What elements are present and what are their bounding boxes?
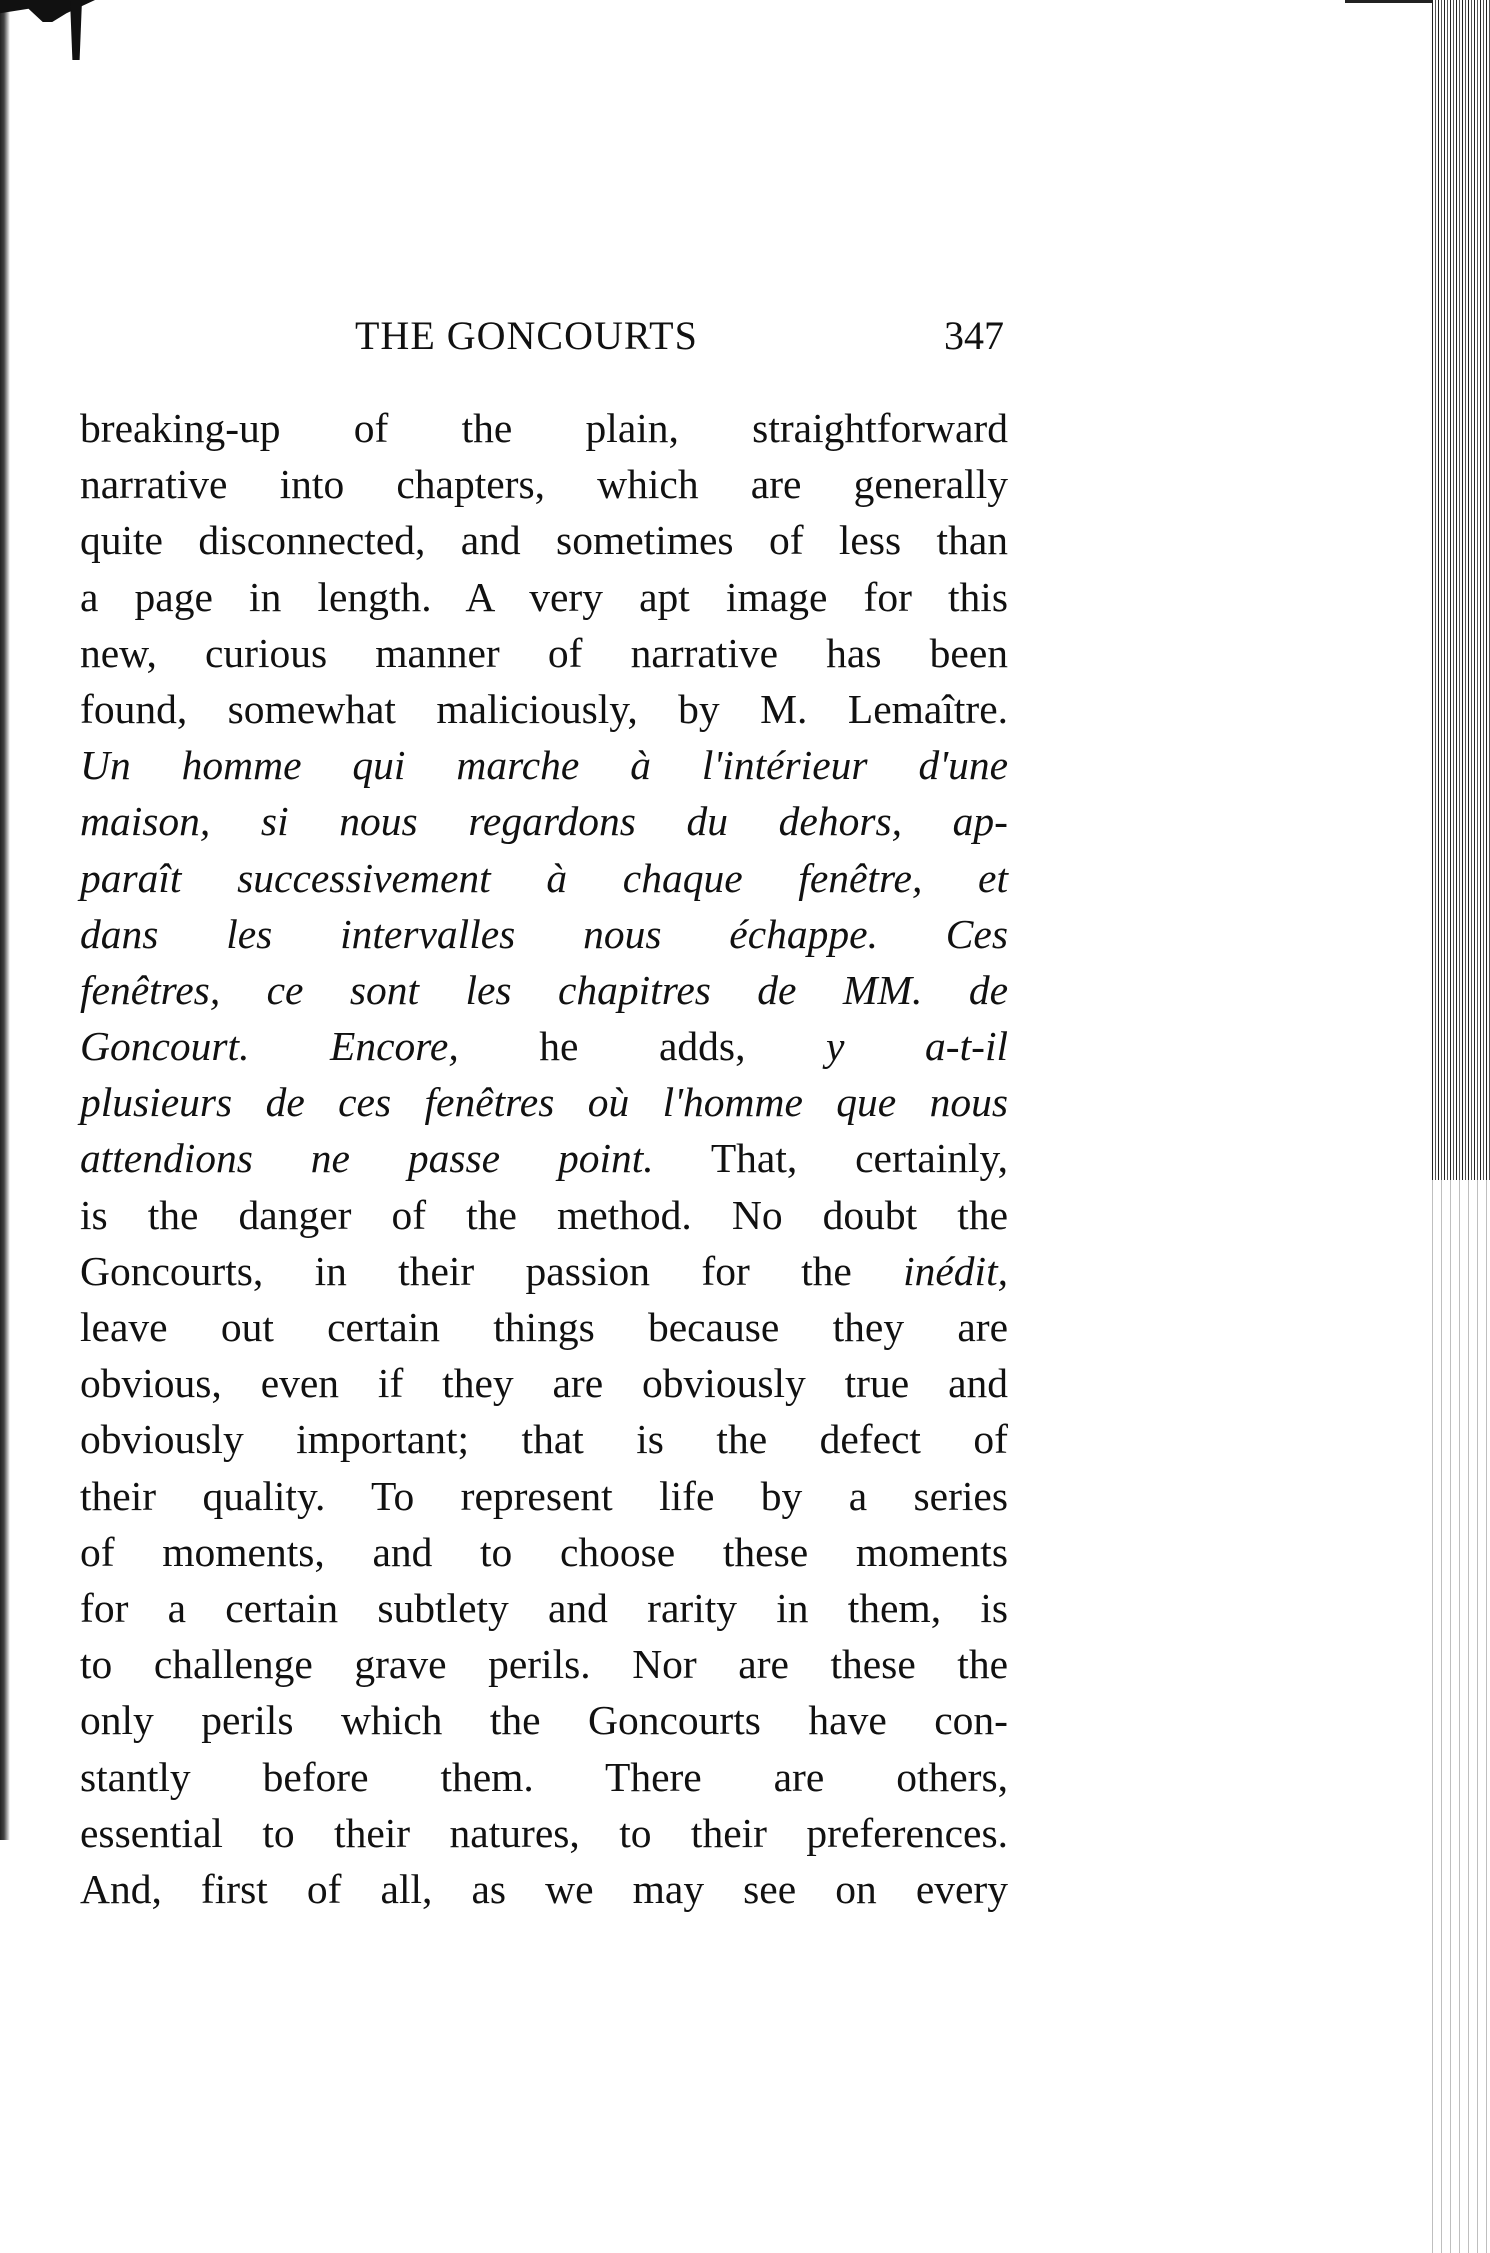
text-line: a page in length. A very apt image for t… [80,569,1008,625]
italic-text-segment: plusieurs de ces fenêtres où l'homme que… [80,1079,1008,1125]
text-segment: new, curious manner of narrative has bee… [80,630,1008,676]
text-line: Goncourt. Encore, he adds, y a-t-il [80,1018,1008,1074]
text-line: only perils which the Goncourts have con… [80,1692,1008,1748]
text-segment: of moments, and to choose these moments [80,1529,1008,1575]
italic-text-segment: maison, si nous regardons du dehors, ap- [80,798,1008,844]
text-line: essential to their natures, to their pre… [80,1805,1008,1861]
text-segment: narrative into chapters, which are gener… [80,461,1008,507]
text-segment: stantly before them. There are others, [80,1754,1008,1800]
text-line: quite disconnected, and sometimes of les… [80,512,1008,568]
italic-text-segment: Un homme qui marche à l'intérieur d'une [80,742,1008,788]
page-gutter-stripes [1432,0,1490,1180]
body-text: breaking-up of the plain, straightforwar… [80,400,1008,1917]
text-line: new, curious manner of narrative has bee… [80,625,1008,681]
text-line: leave out certain things because they ar… [80,1299,1008,1355]
text-line: narrative into chapters, which are gener… [80,456,1008,512]
italic-text-segment: attendions ne passe point. [80,1135,654,1181]
italic-text-segment: paraît successivement à chaque fenêtre, … [80,855,1008,901]
text-segment: only perils which the Goncourts have con… [80,1697,1008,1743]
italic-text-segment: dans les intervalles nous échappe. Ces [80,911,1008,957]
text-line: of moments, and to choose these moments [80,1524,1008,1580]
text-line: obvious, even if they are obviously true… [80,1355,1008,1411]
text-segment: to challenge grave perils. Nor are these… [80,1641,1008,1687]
text-line: Un homme qui marche à l'intérieur d'une [80,737,1008,793]
text-segment: for a certain subtlety and rarity in the… [80,1585,1008,1631]
text-segment: obvious, even if they are obviously true… [80,1360,1008,1406]
italic-text-segment: fenêtres, ce sont les chapitres de MM. d… [80,967,1008,1013]
text-segment: quite disconnected, and sometimes of les… [80,517,1008,563]
text-line: breaking-up of the plain, straightforwar… [80,400,1008,456]
text-line: their quality. To represent life by a se… [80,1468,1008,1524]
text-line: paraît successivement à chaque fenêtre, … [80,850,1008,906]
book-page: THE GONCOURTS 347 breaking-up of the pla… [0,0,1490,2253]
scan-corner-drip [70,0,82,60]
text-line: maison, si nous regardons du dehors, ap- [80,793,1008,849]
text-segment: breaking-up of the plain, straightforwar… [80,405,1008,451]
italic-text-segment: y a-t-il [826,1023,1008,1069]
italic-text-segment: Goncourt. Encore, [80,1023,459,1069]
text-line: plusieurs de ces fenêtres où l'homme que… [80,1074,1008,1130]
text-segment: is the danger of the method. No doubt th… [80,1192,1008,1238]
text-segment: leave out certain things because they ar… [80,1304,1008,1350]
text-segment: their quality. To represent life by a se… [80,1473,1008,1519]
text-line: for a certain subtlety and rarity in the… [80,1580,1008,1636]
text-line: attendions ne passe point. That, certain… [80,1130,1008,1186]
text-segment: a page in length. A very apt image for t… [80,574,1008,620]
text-line: is the danger of the method. No doubt th… [80,1187,1008,1243]
text-segment: Goncourts, in their passion for the [80,1248,903,1294]
text-segment: obviously important; that is the defect … [80,1416,1008,1462]
italic-text-segment: inédit, [903,1248,1008,1294]
text-line: found, somewhat maliciously, by M. Lemaî… [80,681,1008,737]
text-line: to challenge grave perils. Nor are these… [80,1636,1008,1692]
text-line: obviously important; that is the defect … [80,1411,1008,1467]
text-segment: he adds, [459,1023,826,1069]
text-segment: essential to their natures, to their pre… [80,1810,1008,1856]
text-line: dans les intervalles nous échappe. Ces [80,906,1008,962]
page-gutter-faint-stripes [1432,1180,1490,2253]
running-head: THE GONCOURTS [355,312,698,359]
scanned-left-edge [0,0,10,1840]
text-line: And, first of all, as we may see on ever… [80,1861,1008,1917]
text-line: fenêtres, ce sont les chapitres de MM. d… [80,962,1008,1018]
text-line: Goncourts, in their passion for the inéd… [80,1243,1008,1299]
text-line: stantly before them. There are others, [80,1749,1008,1805]
page-number: 347 [944,312,1004,359]
text-segment: That, certainly, [654,1135,1008,1181]
text-segment: found, somewhat maliciously, by M. Lemaî… [80,686,1008,732]
text-segment: And, first of all, as we may see on ever… [80,1866,1008,1912]
